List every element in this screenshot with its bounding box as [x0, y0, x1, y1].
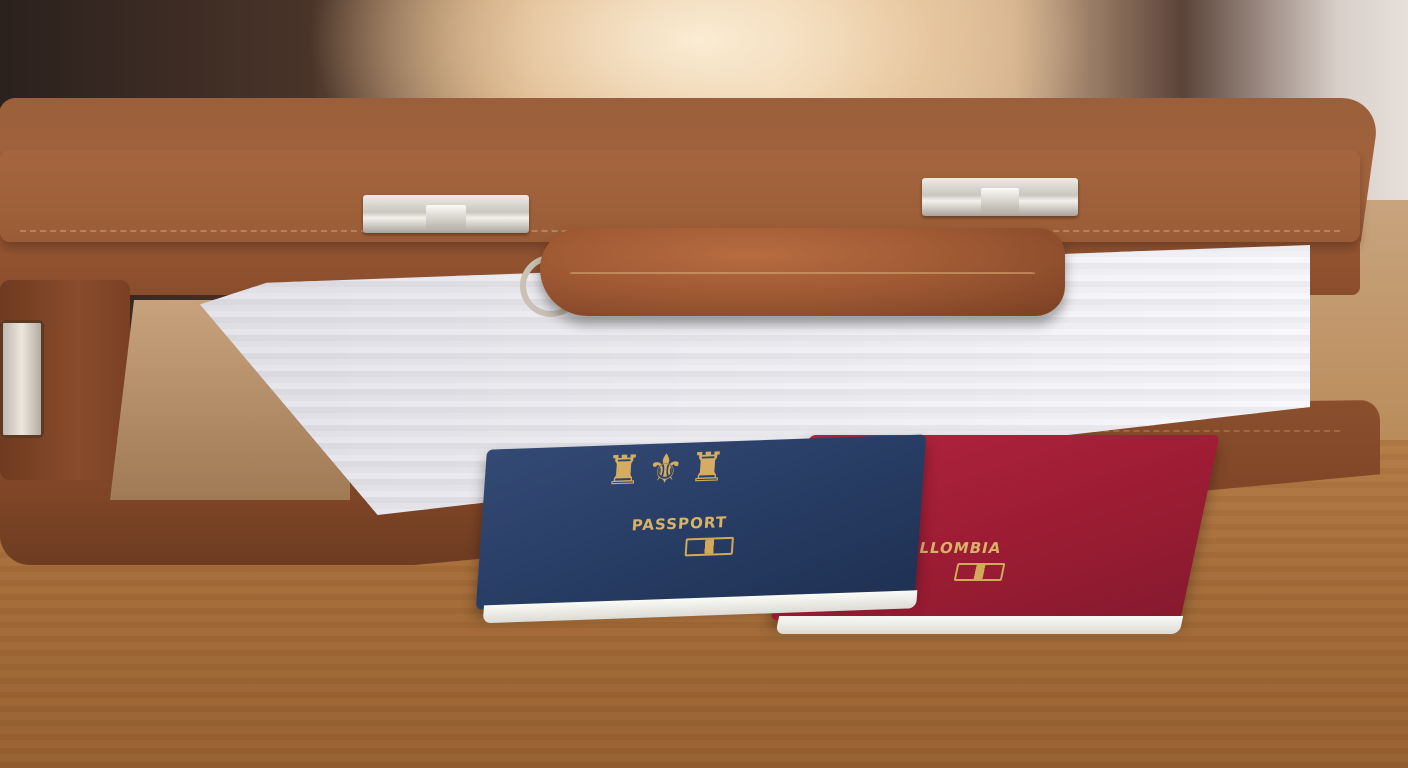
clasp-icon [922, 178, 1078, 216]
biometric-chip-icon [685, 537, 734, 557]
briefcase-handle [540, 228, 1065, 316]
photo-scene: ⚜ OLLOMBIA ♜⚜♜ PASSPORT [0, 0, 1408, 768]
passport-label: PASSPORT [631, 513, 728, 534]
side-lock-icon [0, 320, 44, 438]
crest-icon: ♜⚜♜ [604, 447, 733, 491]
clasp-icon [363, 195, 529, 233]
biometric-chip-icon [954, 563, 1006, 581]
stitching [570, 272, 1035, 274]
passport-pages [775, 616, 1183, 634]
passport-blue: ♜⚜♜ PASSPORT [476, 434, 927, 609]
